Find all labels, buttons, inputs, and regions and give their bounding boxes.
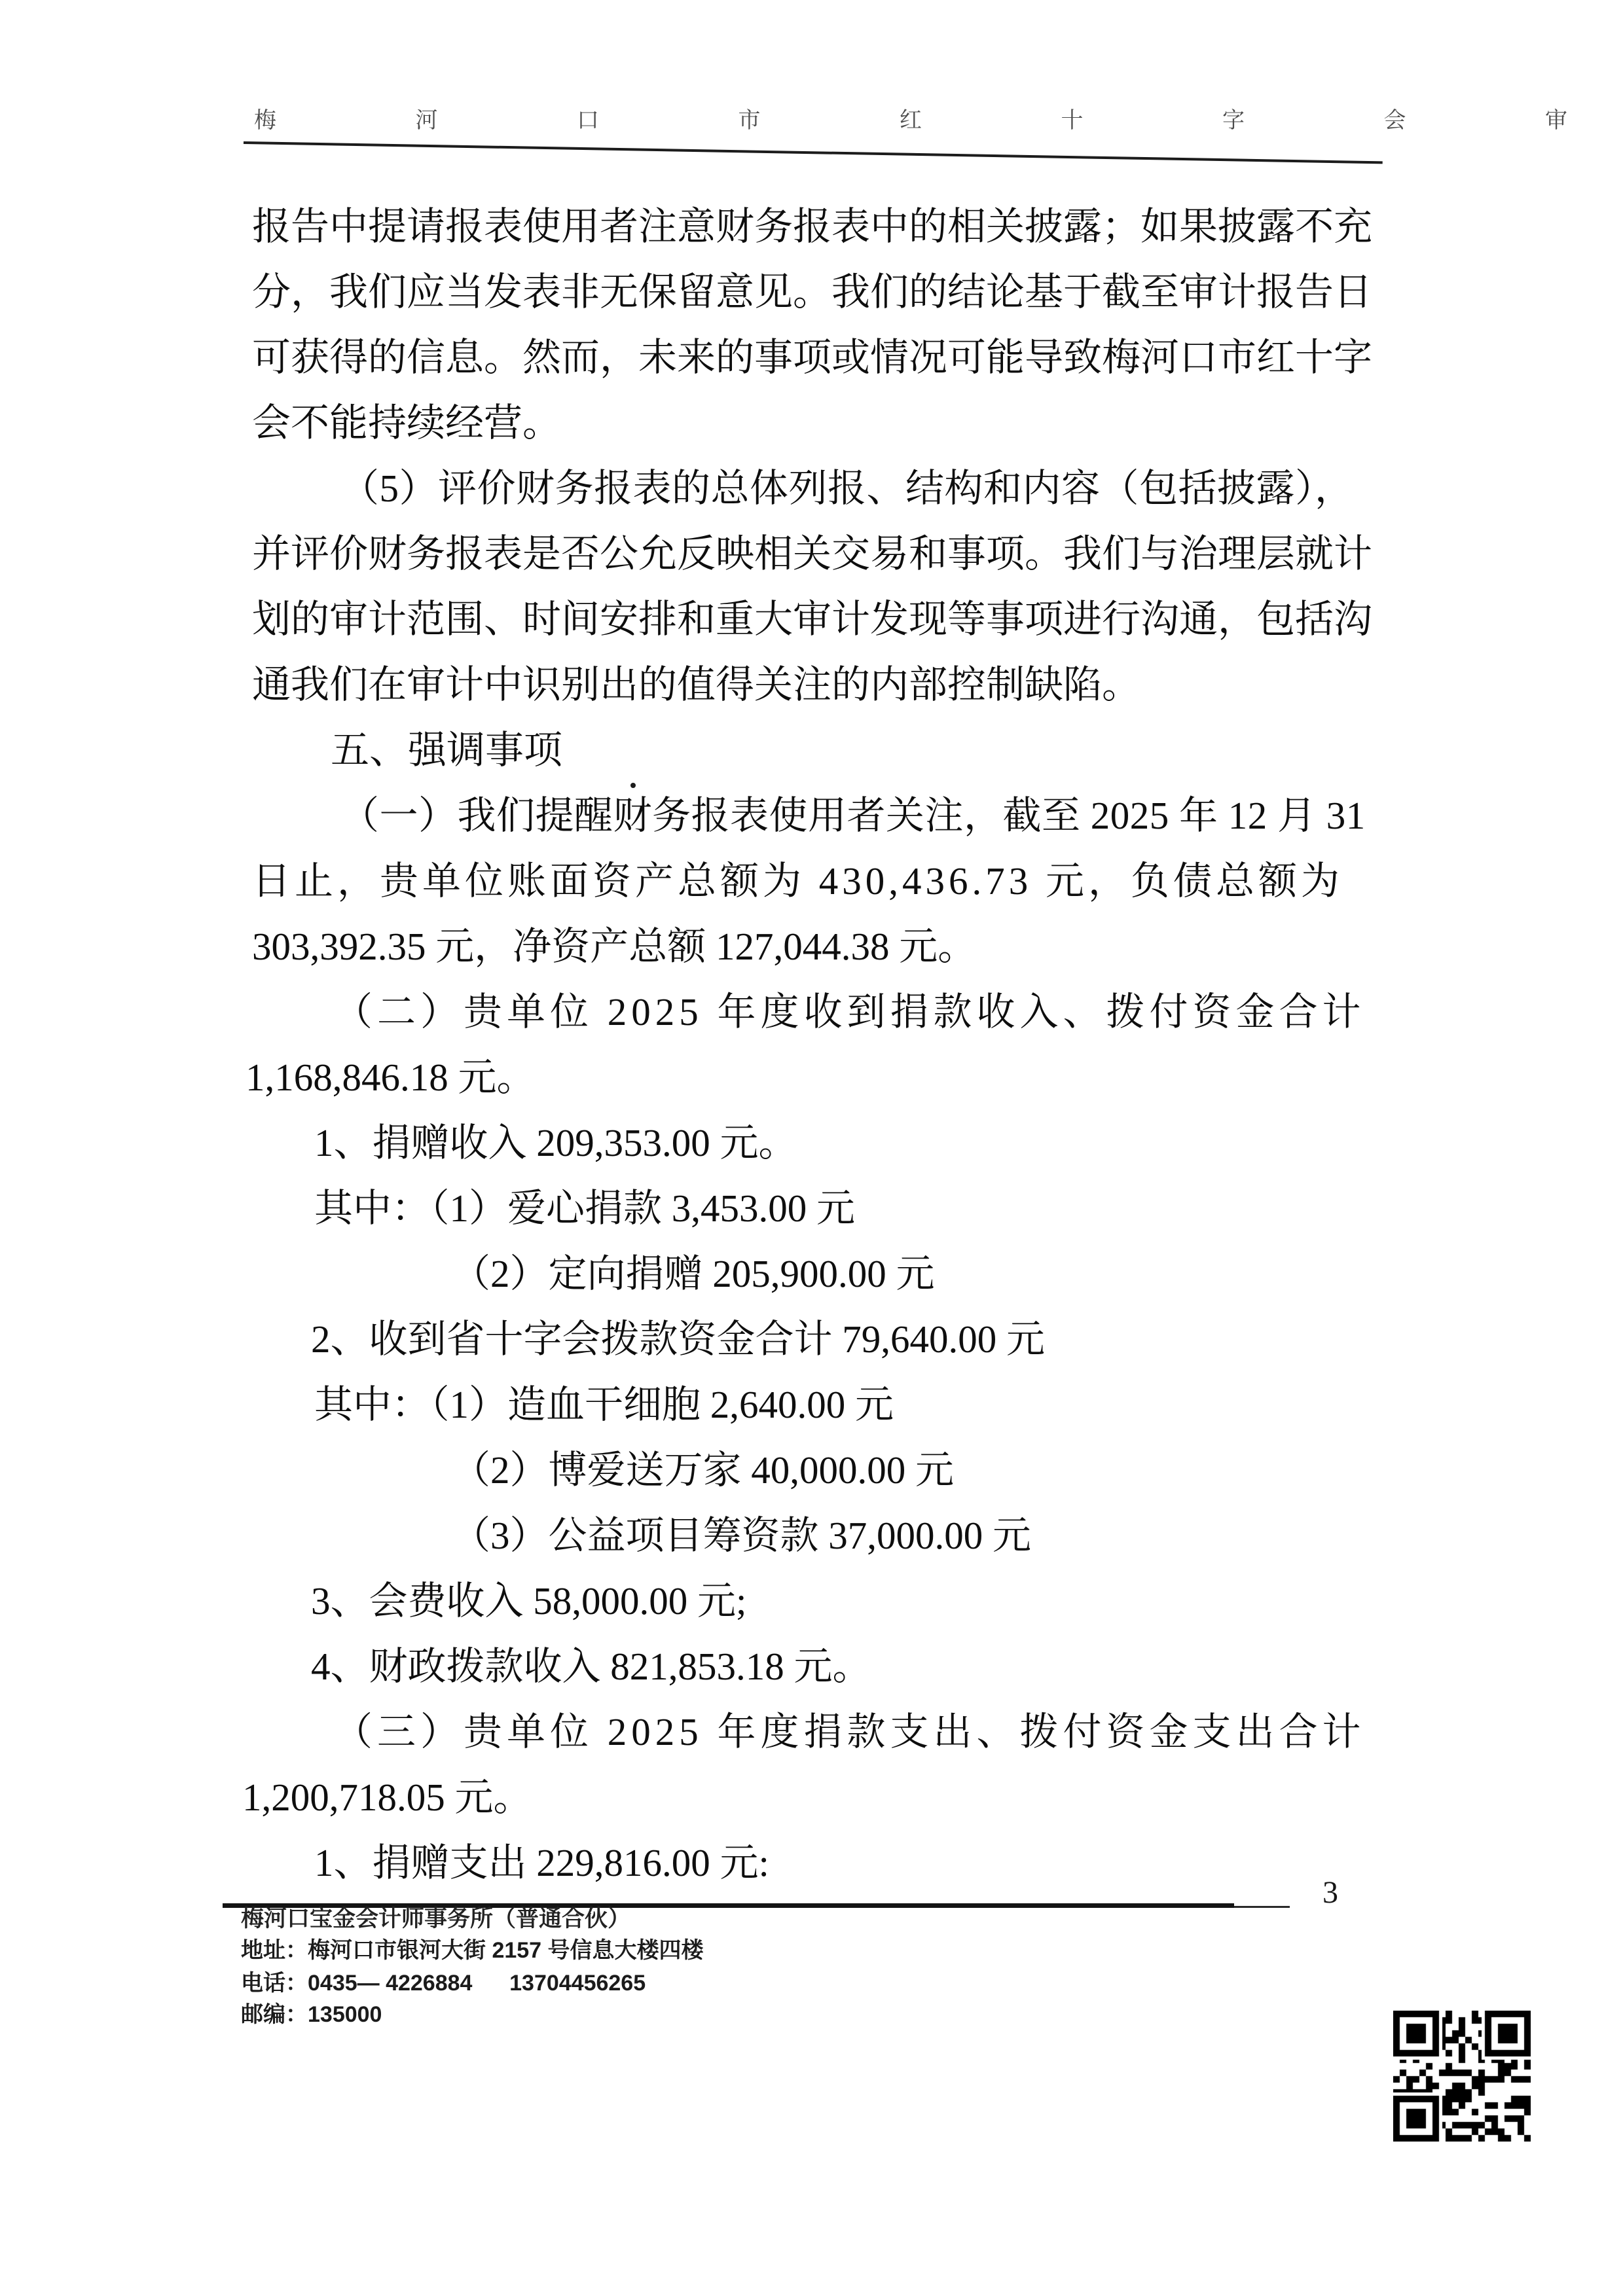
- footer-firm-name: 梅河口宝金会计师事务所（普通合伙）: [241, 1906, 630, 1932]
- page-header-title: 梅 河 口 市 红 十 字 会 审 计 报 告 书: [254, 105, 1623, 137]
- body-line: （5）评价财务报表的总体列报、结构和内容（包括披露），: [340, 456, 1354, 521]
- body-line: 1、捐赠收入 209,353.00 元。: [314, 1110, 797, 1175]
- body-line: 其中：（1）爱心捐款 3,453.00 元: [314, 1175, 855, 1241]
- scanned-audit-report-page: 梅 河 口 市 红 十 字 会 审 计 报 告 书 报告中提请报表使用者注意财务…: [0, 0, 1623, 2296]
- scan-artifact-dot: [630, 783, 636, 788]
- body-line: 303,392.35 元，净资产总额 127,044.38 元。: [252, 914, 976, 979]
- body-line: 报告中提请报表使用者注意财务报表中的相关披露；如果披露不充: [252, 194, 1372, 259]
- body-line: （二）贵单位 2025 年度收到捐款收入、拨付资金合计: [334, 979, 1366, 1045]
- body-line: 通我们在审计中识别出的值得关注的内部控制缺陷。: [252, 652, 1140, 717]
- body-line: 1,168,846.18 元。: [246, 1045, 536, 1110]
- body-line: （三）贵单位 2025 年度捐款支出、拨付资金支出合计: [334, 1699, 1366, 1765]
- footer-address: 地址：梅河口市银河大街 2157 号信息大楼四楼: [241, 1937, 704, 1964]
- body-line: （3）公益项目筹资款 37,000.00 元: [452, 1503, 1031, 1568]
- body-line: 4、财政拨款收入 821,853.18 元。: [311, 1634, 871, 1699]
- footer-postcode: 邮编：135000: [241, 2001, 382, 2028]
- page-number: 3: [1322, 1877, 1338, 1909]
- body-line: 1、捐赠支出 229,816.00 元:: [314, 1830, 769, 1895]
- body-line: 1,200,718.05 元。: [242, 1765, 532, 1830]
- footer-phone: 电话：0435— 4226884 13704456265: [241, 1970, 646, 1996]
- qr-code-image: [1393, 2011, 1531, 2142]
- body-line: 其中：（1）造血干细胞 2,640.00 元: [314, 1372, 894, 1437]
- body-line: （一）我们提醒财务报表使用者关注，截至 2025 年 12 月 31: [340, 783, 1366, 848]
- body-line: （2）定向捐赠 205,900.00 元: [452, 1241, 935, 1306]
- body-line: 可获得的信息。然而，未来的事项或情况可能导致梅河口市红十字: [252, 325, 1372, 390]
- body-line: 会不能持续经营。: [252, 390, 561, 456]
- body-line: 并评价财务报表是否公允反映相关交易和事项。我们与治理层就计: [252, 521, 1372, 586]
- body-line: 五、强调事项: [331, 717, 562, 783]
- body-line: 分，我们应当发表非无保留意见。我们的结论基于截至审计报告日: [252, 259, 1372, 325]
- body-line: 划的审计范围、时间安排和重大审计发现等事项进行沟通，包括沟: [252, 586, 1372, 652]
- body-line: 3、会费收入 58,000.00 元;: [311, 1568, 746, 1634]
- body-line: 日止，贵单位账面资产总额为 430,436.73 元，负债总额为: [252, 848, 1343, 914]
- footer-rule-tail: [1234, 1906, 1290, 1908]
- body-line: 2、收到省十字会拨款资金合计 79,640.00 元: [311, 1306, 1045, 1372]
- header-rule: [244, 141, 1383, 164]
- body-line: （2）博爱送万家 40,000.00 元: [452, 1437, 954, 1503]
